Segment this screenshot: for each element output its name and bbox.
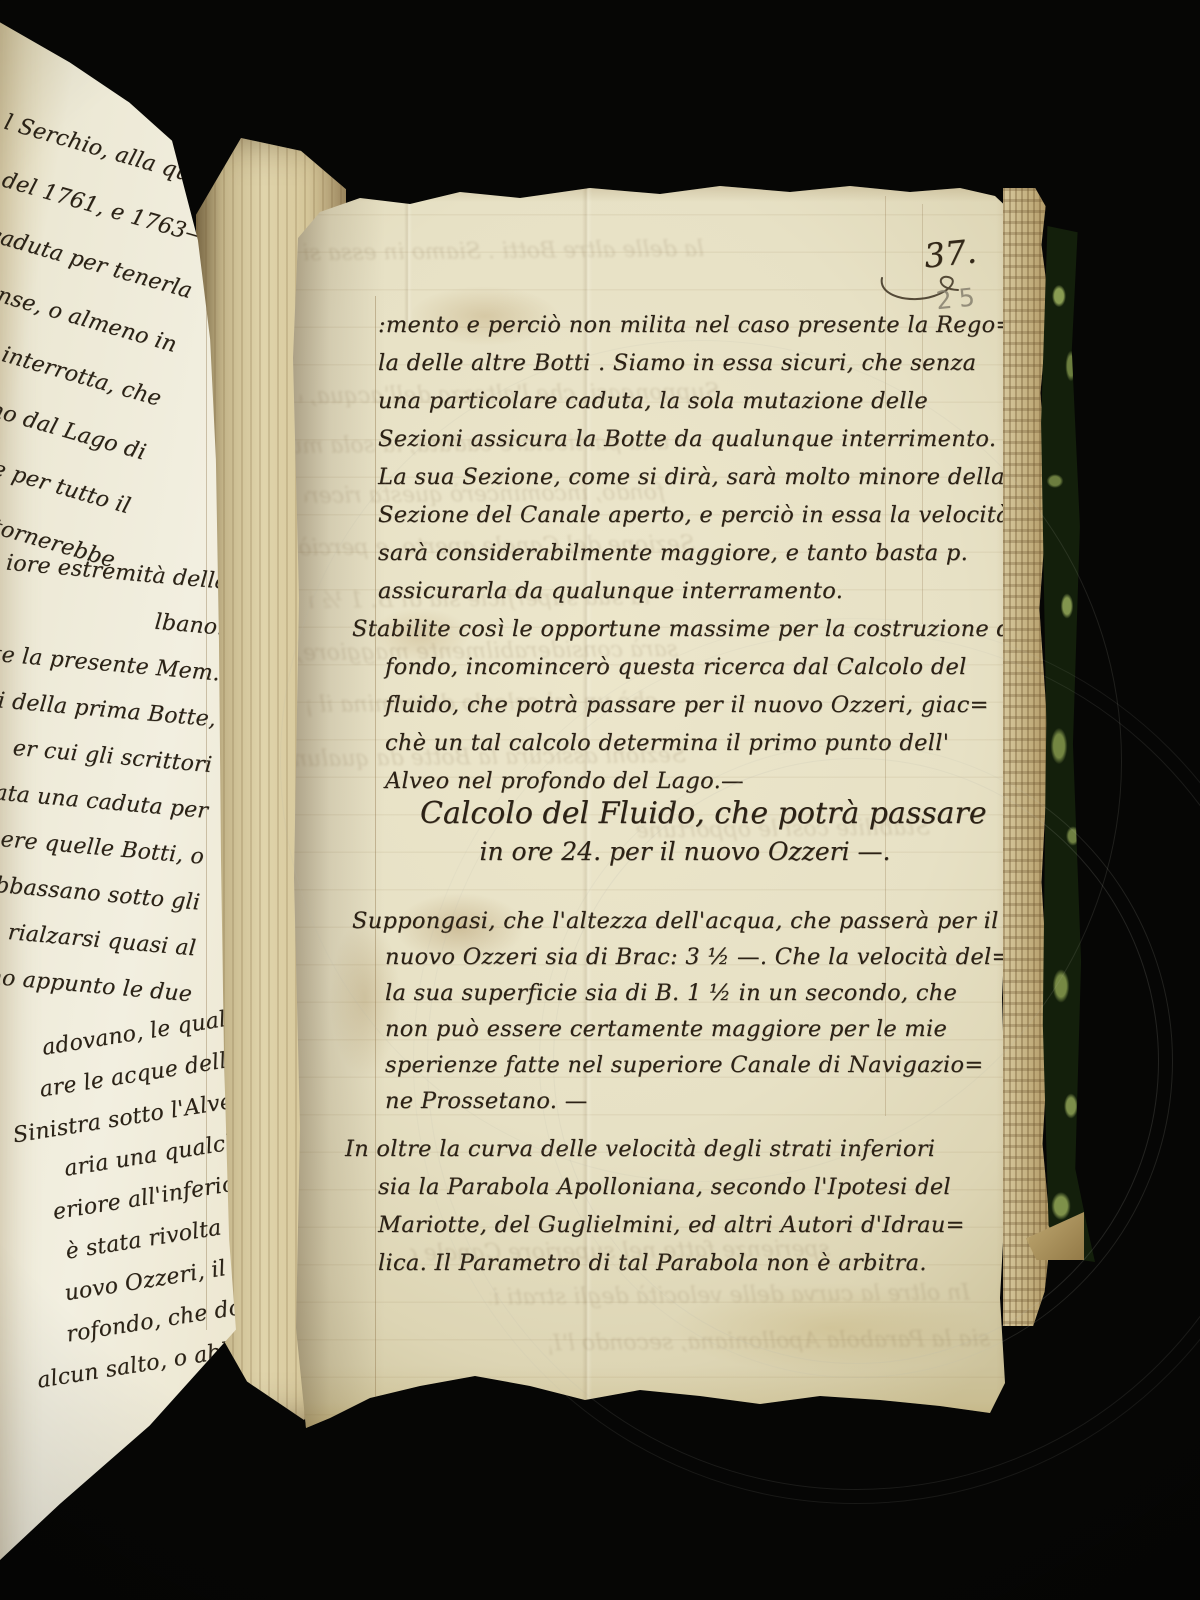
manuscript-line: Mariotte, del Guglielmini, ed altri Auto… [378, 1206, 940, 1244]
manuscript-line: assicurarla da qualunque interramento. [378, 572, 938, 610]
bleedthrough-line: la delle altre Botti . Siamo in essa sic… [304, 238, 704, 266]
manuscript-line: :mento e perciò non milita nel caso pres… [378, 306, 938, 344]
manuscript-line: sarà considerabilmente maggiore, e tanto… [378, 534, 938, 572]
manuscript-line: nuovo Ozzeri sia di Brac: 3 ½ —. Che la … [385, 939, 942, 975]
manuscript-line: Suppongasi, che l'altezza dell'acqua, ch… [352, 903, 942, 939]
manuscript-line: chè un tal calcolo determina il primo pu… [385, 724, 942, 762]
heading-line-1: Calcolo del Fluido, che potrà passare [420, 794, 950, 834]
right-page: la delle altre Botti . Siamo in essa sic… [290, 178, 1030, 1430]
manuscript-line: fluido, che potrà passare per il nuovo O… [385, 686, 942, 724]
manuscript-line: Stabilite così le opportune massime per … [352, 610, 942, 648]
paper-stain [670, 1283, 990, 1373]
heading-line-2: in ore 24. per il nuovo Ozzeri —. [420, 834, 950, 870]
left-page-text-middle: iore estremità della lbano. nte la prese… [0, 535, 230, 1019]
left-page-text-top: l Serchio, alla quale del 1761, e 1763— … [0, 75, 230, 588]
pencil-page-number: 25 [935, 282, 984, 316]
bleedthrough-line: In oltre la curva delle velocità degli s… [490, 1281, 970, 1310]
manuscript-photo: l Serchio, alla quale del 1761, e 1763— … [0, 0, 1200, 1600]
paragraph-inoltre: In oltre la curva delle velocità degli s… [345, 1130, 940, 1282]
manuscript-line: sperienze fatte nel superiore Canale di … [385, 1047, 942, 1083]
manuscript-line: sia la Parabola Apolloniana, secondo l'I… [378, 1168, 940, 1206]
manuscript-line: una particolare caduta, la sola mutazion… [378, 382, 938, 420]
paragraph-continuation: :mento e perciò non milita nel caso pres… [378, 306, 938, 610]
manuscript-line: ne Prossetano. — [385, 1083, 942, 1119]
paragraph-stabilite: Stabilite così le opportune massime per … [352, 610, 942, 800]
manuscript-line: Sezioni assicura la Botte da qualunque i… [378, 420, 938, 458]
manuscript-line: Sezione del Canale aperto, e perciò in e… [378, 496, 938, 534]
manuscript-line: la sua superficie sia di B. 1 ½ in un se… [385, 975, 942, 1011]
folio-number: 37. [922, 231, 978, 275]
section-heading: Calcolo del Fluido, che potrà passare in… [420, 794, 950, 870]
manuscript-line: la delle altre Botti . Siamo in essa sic… [378, 344, 938, 382]
bleedthrough-line: sia la Parabola Apolloniana, secondo l'I… [550, 1328, 990, 1357]
manuscript-line: La sua Sezione, come si dirà, sarà molto… [378, 458, 938, 496]
paragraph-suppongasi: Suppongasi, che l'altezza dell'acqua, ch… [352, 903, 942, 1119]
manuscript-line: fondo, incomincerò questa ricerca dal Ca… [385, 648, 942, 686]
manuscript-line: lica. Il Parametro di tal Parabola non è… [378, 1244, 940, 1282]
manuscript-line: non può essere certamente maggiore per l… [385, 1011, 942, 1047]
manuscript-line: In oltre la curva delle velocità degli s… [345, 1130, 940, 1168]
